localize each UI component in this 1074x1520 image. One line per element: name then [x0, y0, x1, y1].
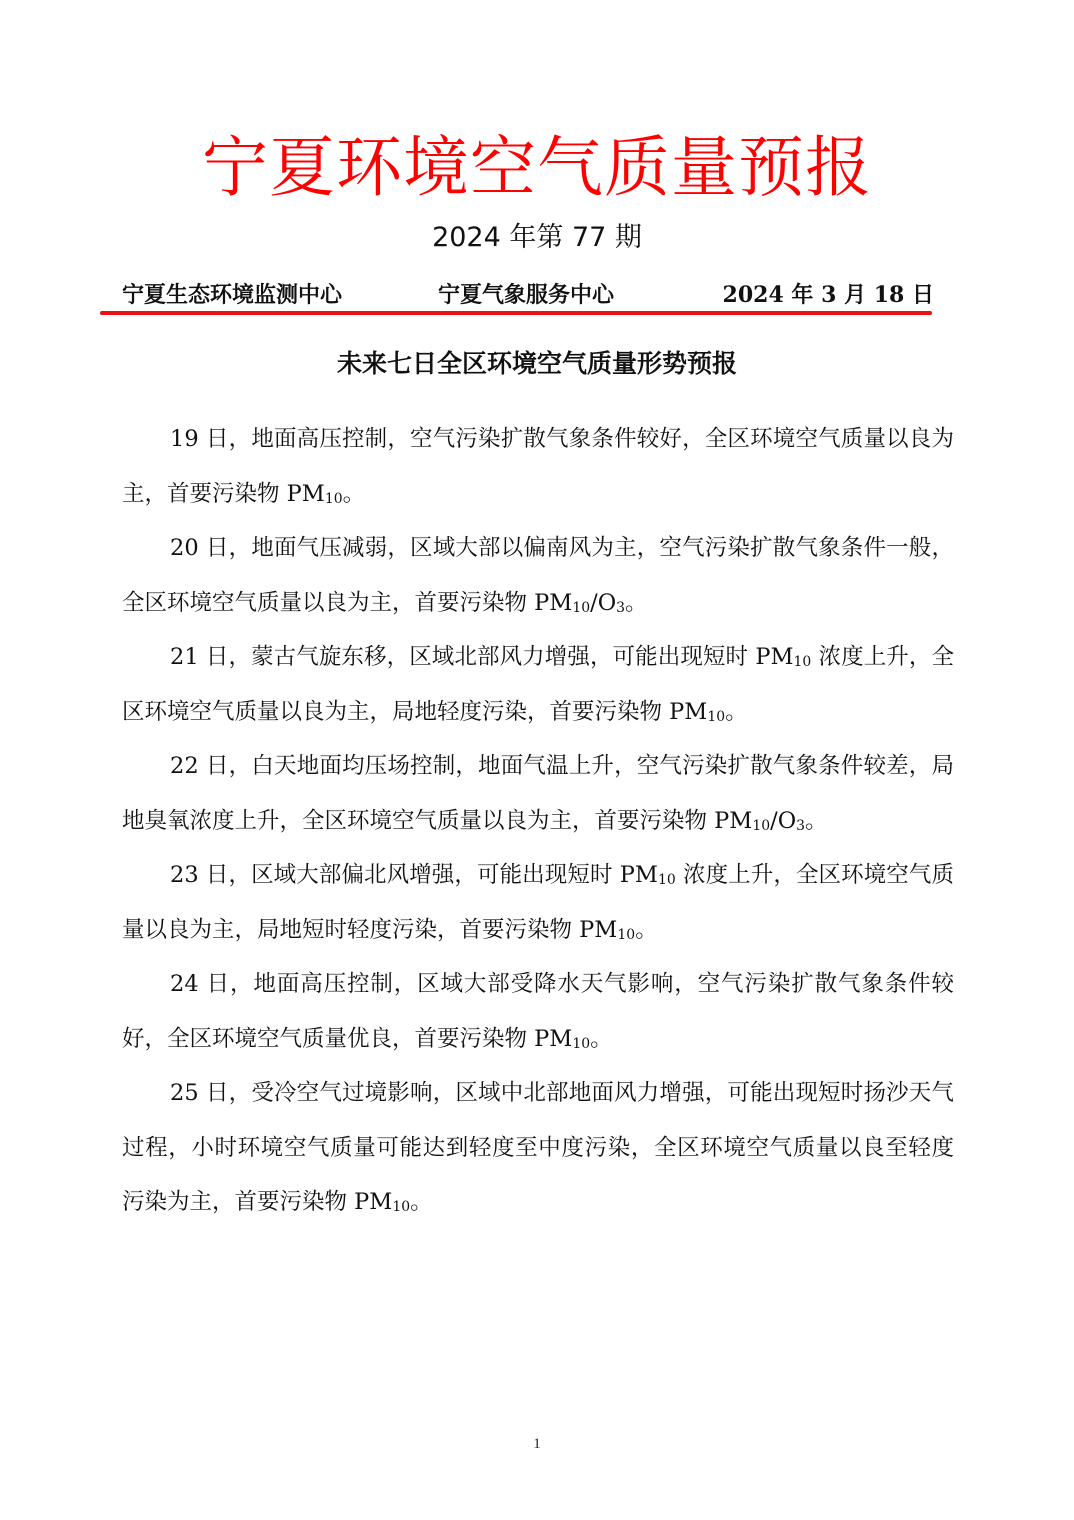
- issuer-org-meteorology: 宁夏气象服务中心: [438, 278, 614, 309]
- pollutant-ozone: O: [598, 590, 616, 616]
- page-number: 1: [0, 1436, 1074, 1453]
- pollutant-ozone: O: [778, 808, 796, 834]
- pm-inline-subscript: 10: [658, 872, 676, 888]
- pollutant: PM: [714, 808, 752, 834]
- pollutant: PM: [534, 590, 572, 616]
- pollutant-subscript: 10: [617, 927, 635, 943]
- sentence-end: 。: [805, 808, 828, 834]
- forecast-paragraph-24: 24 日，地面高压控制，区域大部受降水天气影响，空气污染扩散气象条件较好，全区环…: [122, 957, 954, 1066]
- forecast-day: 24 日，: [170, 971, 253, 997]
- publish-date: 2024 年 3 月 18 日: [723, 278, 934, 309]
- section-title: 未来七日全区环境空气质量形势预报: [0, 346, 1074, 382]
- pm-inline-subscript: 10: [794, 654, 812, 670]
- pollutant: PM: [579, 917, 617, 943]
- sentence-end: 。: [635, 917, 658, 943]
- forecast-paragraph-19: 19 日，地面高压控制，空气污染扩散气象条件较好，全区环境空气质量以良为主，首要…: [122, 412, 954, 521]
- pollutant-subscript: 10: [392, 1199, 410, 1215]
- forecast-day: 19 日，: [170, 426, 251, 452]
- sentence-end: 。: [410, 1189, 433, 1215]
- forecast-day: 20 日，: [170, 535, 251, 561]
- pm-inline: PM: [620, 862, 658, 888]
- pollutant-subscript: 10: [572, 1036, 590, 1052]
- forecast-text: 区域大部偏北风增强，可能出现短时: [251, 862, 620, 888]
- red-divider: [100, 311, 932, 315]
- forecast-paragraph-20: 20 日，地面气压减弱，区域大部以偏南风为主，空气污染扩散气象条件一般，全区环境…: [122, 521, 954, 630]
- forecast-day: 21 日，: [170, 644, 251, 670]
- sentence-end: 。: [625, 590, 648, 616]
- forecast-body: 19 日，地面高压控制，空气污染扩散气象条件较好，全区环境空气质量以良为主，首要…: [122, 412, 954, 1230]
- issue-number: 2024 年第 77 期: [0, 220, 1074, 256]
- pm-inline: PM: [755, 644, 793, 670]
- forecast-text: 蒙古气旋东移，区域北部风力增强，可能出现短时: [251, 644, 755, 670]
- forecast-paragraph-25: 25 日，受冷空气过境影响，区域中北部地面风力增强，可能出现短时扬沙天气过程，小…: [122, 1066, 954, 1230]
- pollutant: PM: [287, 481, 325, 507]
- pollutant-separator: /: [770, 808, 778, 834]
- forecast-paragraph-23: 23 日，区域大部偏北风增强，可能出现短时 PM10 浓度上升，全区环境空气质量…: [122, 848, 954, 957]
- pollutant-subscript: 10: [572, 600, 590, 616]
- sentence-end: 。: [725, 699, 748, 725]
- pollutant: PM: [669, 699, 707, 725]
- pollutant-subscript: 10: [707, 709, 725, 725]
- issuer-org-environment: 宁夏生态环境监测中心: [122, 278, 342, 309]
- forecast-paragraph-22: 22 日，白天地面均压场控制，地面气温上升，空气污染扩散气象条件较差，局地臭氧浓…: [122, 739, 954, 848]
- document-title: 宁夏环境空气质量预报: [0, 128, 1074, 208]
- pollutant: PM: [354, 1189, 392, 1215]
- ozone-subscript: 3: [616, 600, 625, 616]
- forecast-day: 23 日，: [170, 862, 251, 888]
- header-row: 宁夏生态环境监测中心 宁夏气象服务中心 2024 年 3 月 18 日: [122, 278, 934, 310]
- forecast-day: 22 日，: [170, 753, 251, 779]
- forecast-paragraph-21: 21 日，蒙古气旋东移，区域北部风力增强，可能出现短时 PM10 浓度上升，全区…: [122, 630, 954, 739]
- pollutant-subscript: 10: [325, 491, 343, 507]
- ozone-subscript: 3: [796, 818, 805, 834]
- pollutant-separator: /: [590, 590, 598, 616]
- pollutant-subscript: 10: [752, 818, 770, 834]
- sentence-end: 。: [343, 481, 366, 507]
- pollutant: PM: [534, 1026, 572, 1052]
- forecast-day: 25 日，: [170, 1080, 251, 1106]
- sentence-end: 。: [590, 1026, 613, 1052]
